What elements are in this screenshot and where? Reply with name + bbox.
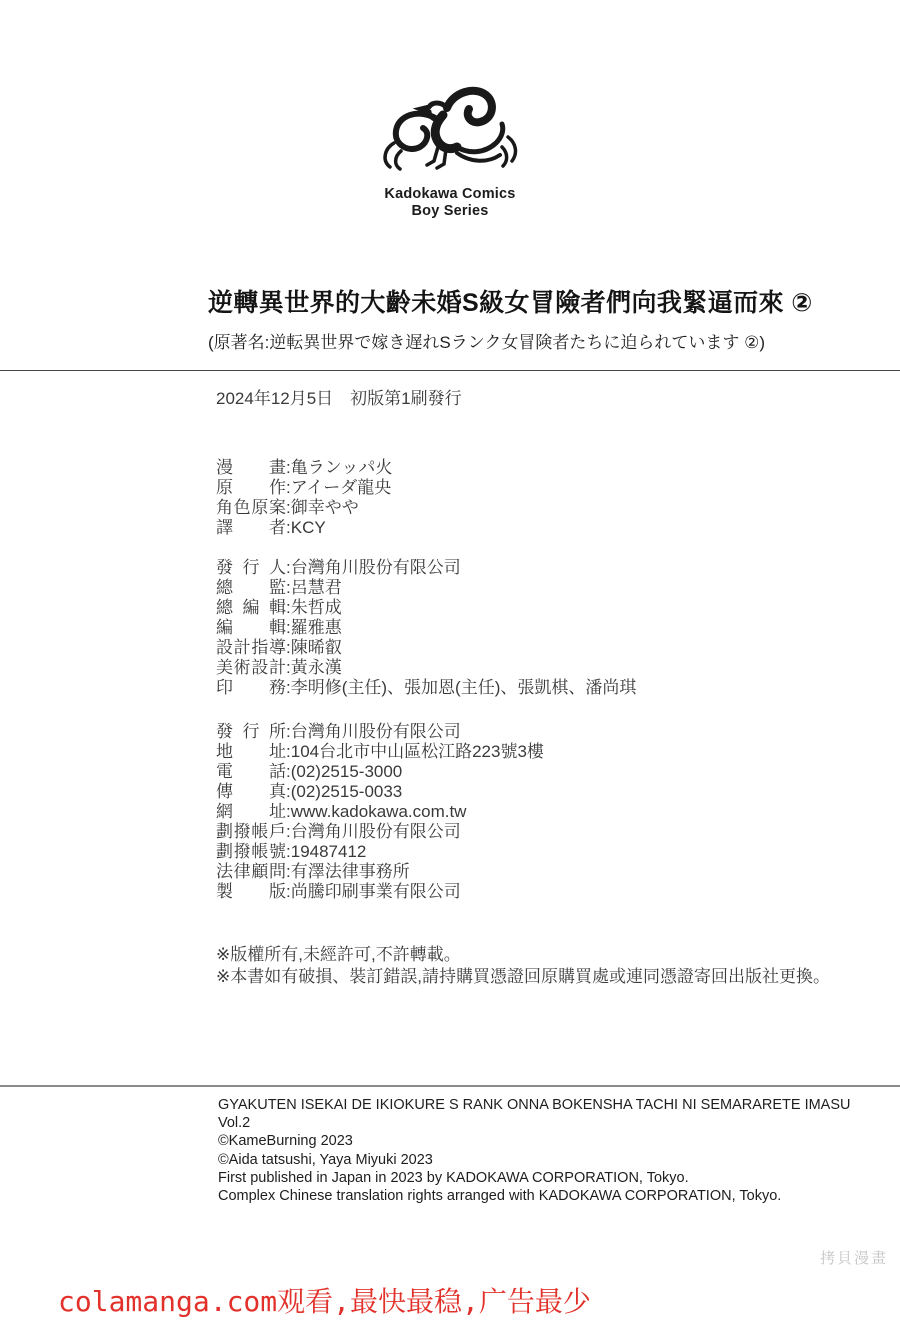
logo-series-line2: Boy Series xyxy=(0,203,900,220)
copyright-line: ©Aida tatsushi, Yaya Miyuki 2023 xyxy=(218,1151,882,1169)
staff-value: 朱哲成 xyxy=(291,598,342,617)
credit-value: KCY xyxy=(291,518,326,537)
staff-row: 編輯:羅雅惠 xyxy=(216,618,864,638)
staff-row: 印務:李明修(主任)、張加恩(主任)、張凱棋、潘尚琪 xyxy=(216,678,864,698)
staff-value: 陳晞叡 xyxy=(291,638,342,657)
divider-bottom xyxy=(0,1085,900,1087)
staff-section: 發行人:台灣角川股份有限公司 總監:呂慧君 總編輯:朱哲成 編輯:羅雅惠 設計指… xyxy=(216,558,864,698)
publisher-logo: Kadokawa Comics Boy Series xyxy=(0,84,900,220)
publisher-section: 發行所:台灣角川股份有限公司 地址:104台北市中山區松江路223號3樓 電話:… xyxy=(216,722,864,902)
publisher-value: (02)2515-0033 xyxy=(291,782,403,801)
copyright-line: First published in Japan in 2023 by KADO… xyxy=(218,1169,882,1187)
credit-value: 御幸やや xyxy=(291,498,359,517)
staff-row: 總監:呂慧君 xyxy=(216,578,864,598)
credit-label: 角色原案 xyxy=(216,498,286,518)
staff-row: 美術設計:黃永漢 xyxy=(216,658,864,678)
publisher-value: 104台北市中山區松江路223號3樓 xyxy=(291,742,544,761)
phoenix-icon xyxy=(375,84,525,180)
title-block: 逆轉異世界的大齡未婚S級女冒險者們向我緊逼而來 ② (原著名:逆転異世界で嫁き遅… xyxy=(208,283,868,353)
notes-section: ※版權所有,未經許可,不許轉載。 ※本書如有破損、裝訂錯誤,請持購買憑證回原購買… xyxy=(216,944,864,988)
publisher-label: 地址 xyxy=(216,742,286,762)
copyright-line: GYAKUTEN ISEKAI DE IKIOKURE S RANK ONNA … xyxy=(218,1096,882,1132)
publisher-label: 劃撥帳號 xyxy=(216,842,286,862)
publisher-label: 劃撥帳戶 xyxy=(216,822,286,842)
publisher-row: 發行所:台灣角川股份有限公司 xyxy=(216,722,864,742)
publisher-value: 尚騰印刷事業有限公司 xyxy=(291,882,461,901)
credit-label: 譯者 xyxy=(216,518,286,538)
logo-series-line1: Kadokawa Comics xyxy=(0,186,900,203)
staff-row: 發行人:台灣角川股份有限公司 xyxy=(216,558,864,578)
note-line: ※版權所有,未經許可,不許轉載。 xyxy=(216,944,864,966)
publisher-value: 19487412 xyxy=(291,842,367,861)
note-line: ※本書如有破損、裝訂錯誤,請持購買憑證回原購買處或連同憑證寄回出版社更換。 xyxy=(216,966,864,988)
staff-value: 呂慧君 xyxy=(291,578,342,597)
colophon-page: Kadokawa Comics Boy Series 逆轉異世界的大齡未婚S級女… xyxy=(0,0,900,1335)
credit-row: 角色原案:御幸やや xyxy=(216,498,864,518)
staff-label: 編輯 xyxy=(216,618,286,638)
publisher-row: 地址:104台北市中山區松江路223號3樓 xyxy=(216,742,864,762)
credit-label: 原作 xyxy=(216,478,286,498)
publisher-row: 網址:www.kadokawa.com.tw xyxy=(216,802,864,822)
publisher-row: 傳真:(02)2515-0033 xyxy=(216,782,864,802)
publisher-value: 台灣角川股份有限公司 xyxy=(291,822,461,841)
publisher-label: 電話 xyxy=(216,762,286,782)
divider-top xyxy=(0,370,900,371)
copyright-line: Complex Chinese translation rights arran… xyxy=(218,1187,882,1205)
publisher-value: (02)2515-3000 xyxy=(291,762,403,781)
edition-date: 2024年12月5日 初版第1刷發行 xyxy=(216,389,864,409)
promo-text: colamanga.com观看,最快最稳,广告最少 xyxy=(58,1280,591,1320)
credit-value: アイーダ龍央 xyxy=(291,478,391,497)
staff-value: 台灣角川股份有限公司 xyxy=(291,558,461,577)
publisher-value: 台灣角川股份有限公司 xyxy=(291,722,461,741)
book-title: 逆轉異世界的大齡未婚S級女冒險者們向我緊逼而來 ② xyxy=(208,283,868,319)
credit-row: 譯者:KCY xyxy=(216,518,864,538)
credit-label: 漫畫 xyxy=(216,458,286,478)
credit-row: 原作:アイーダ龍央 xyxy=(216,478,864,498)
publisher-row: 劃撥帳戶:台灣角川股份有限公司 xyxy=(216,822,864,842)
staff-value: 黃永漢 xyxy=(291,658,342,677)
staff-label: 美術設計 xyxy=(216,658,286,678)
publisher-row: 電話:(02)2515-3000 xyxy=(216,762,864,782)
publisher-row: 法律顧問:有澤法律事務所 xyxy=(216,862,864,882)
staff-label: 總監 xyxy=(216,578,286,598)
colophon: 2024年12月5日 初版第1刷發行 漫畫:亀ランッパ火 原作:アイーダ龍央 角… xyxy=(216,389,864,988)
staff-label: 印務 xyxy=(216,678,286,698)
publisher-label: 製版 xyxy=(216,882,286,902)
watermark: 拷貝漫畫 xyxy=(820,1247,888,1268)
publisher-row: 劃撥帳號:19487412 xyxy=(216,842,864,862)
copyright-block: GYAKUTEN ISEKAI DE IKIOKURE S RANK ONNA … xyxy=(218,1096,882,1205)
staff-label: 發行人 xyxy=(216,558,286,578)
publisher-row: 製版:尚騰印刷事業有限公司 xyxy=(216,882,864,902)
staff-value: 李明修(主任)、張加恩(主任)、張凱棋、潘尚琪 xyxy=(291,678,637,697)
credit-row: 漫畫:亀ランッパ火 xyxy=(216,458,864,478)
publisher-label: 發行所 xyxy=(216,722,286,742)
copyright-line: ©KameBurning 2023 xyxy=(218,1132,882,1150)
publisher-label: 法律顧問 xyxy=(216,862,286,882)
publisher-label: 網址 xyxy=(216,802,286,822)
staff-row: 設計指導:陳晞叡 xyxy=(216,638,864,658)
publisher-label: 傳真 xyxy=(216,782,286,802)
credits-section: 漫畫:亀ランッパ火 原作:アイーダ龍央 角色原案:御幸やや 譯者:KCY xyxy=(216,458,864,538)
staff-label: 總編輯 xyxy=(216,598,286,618)
staff-label: 設計指導 xyxy=(216,638,286,658)
original-title: (原著名:逆転異世界で嫁き遅れSランク女冒険者たちに迫られています ②) xyxy=(208,328,868,353)
credit-value: 亀ランッパ火 xyxy=(291,458,393,477)
staff-row: 總編輯:朱哲成 xyxy=(216,598,864,618)
publisher-value: www.kadokawa.com.tw xyxy=(291,802,467,821)
staff-value: 羅雅惠 xyxy=(291,618,342,637)
publisher-value: 有澤法律事務所 xyxy=(291,862,410,881)
